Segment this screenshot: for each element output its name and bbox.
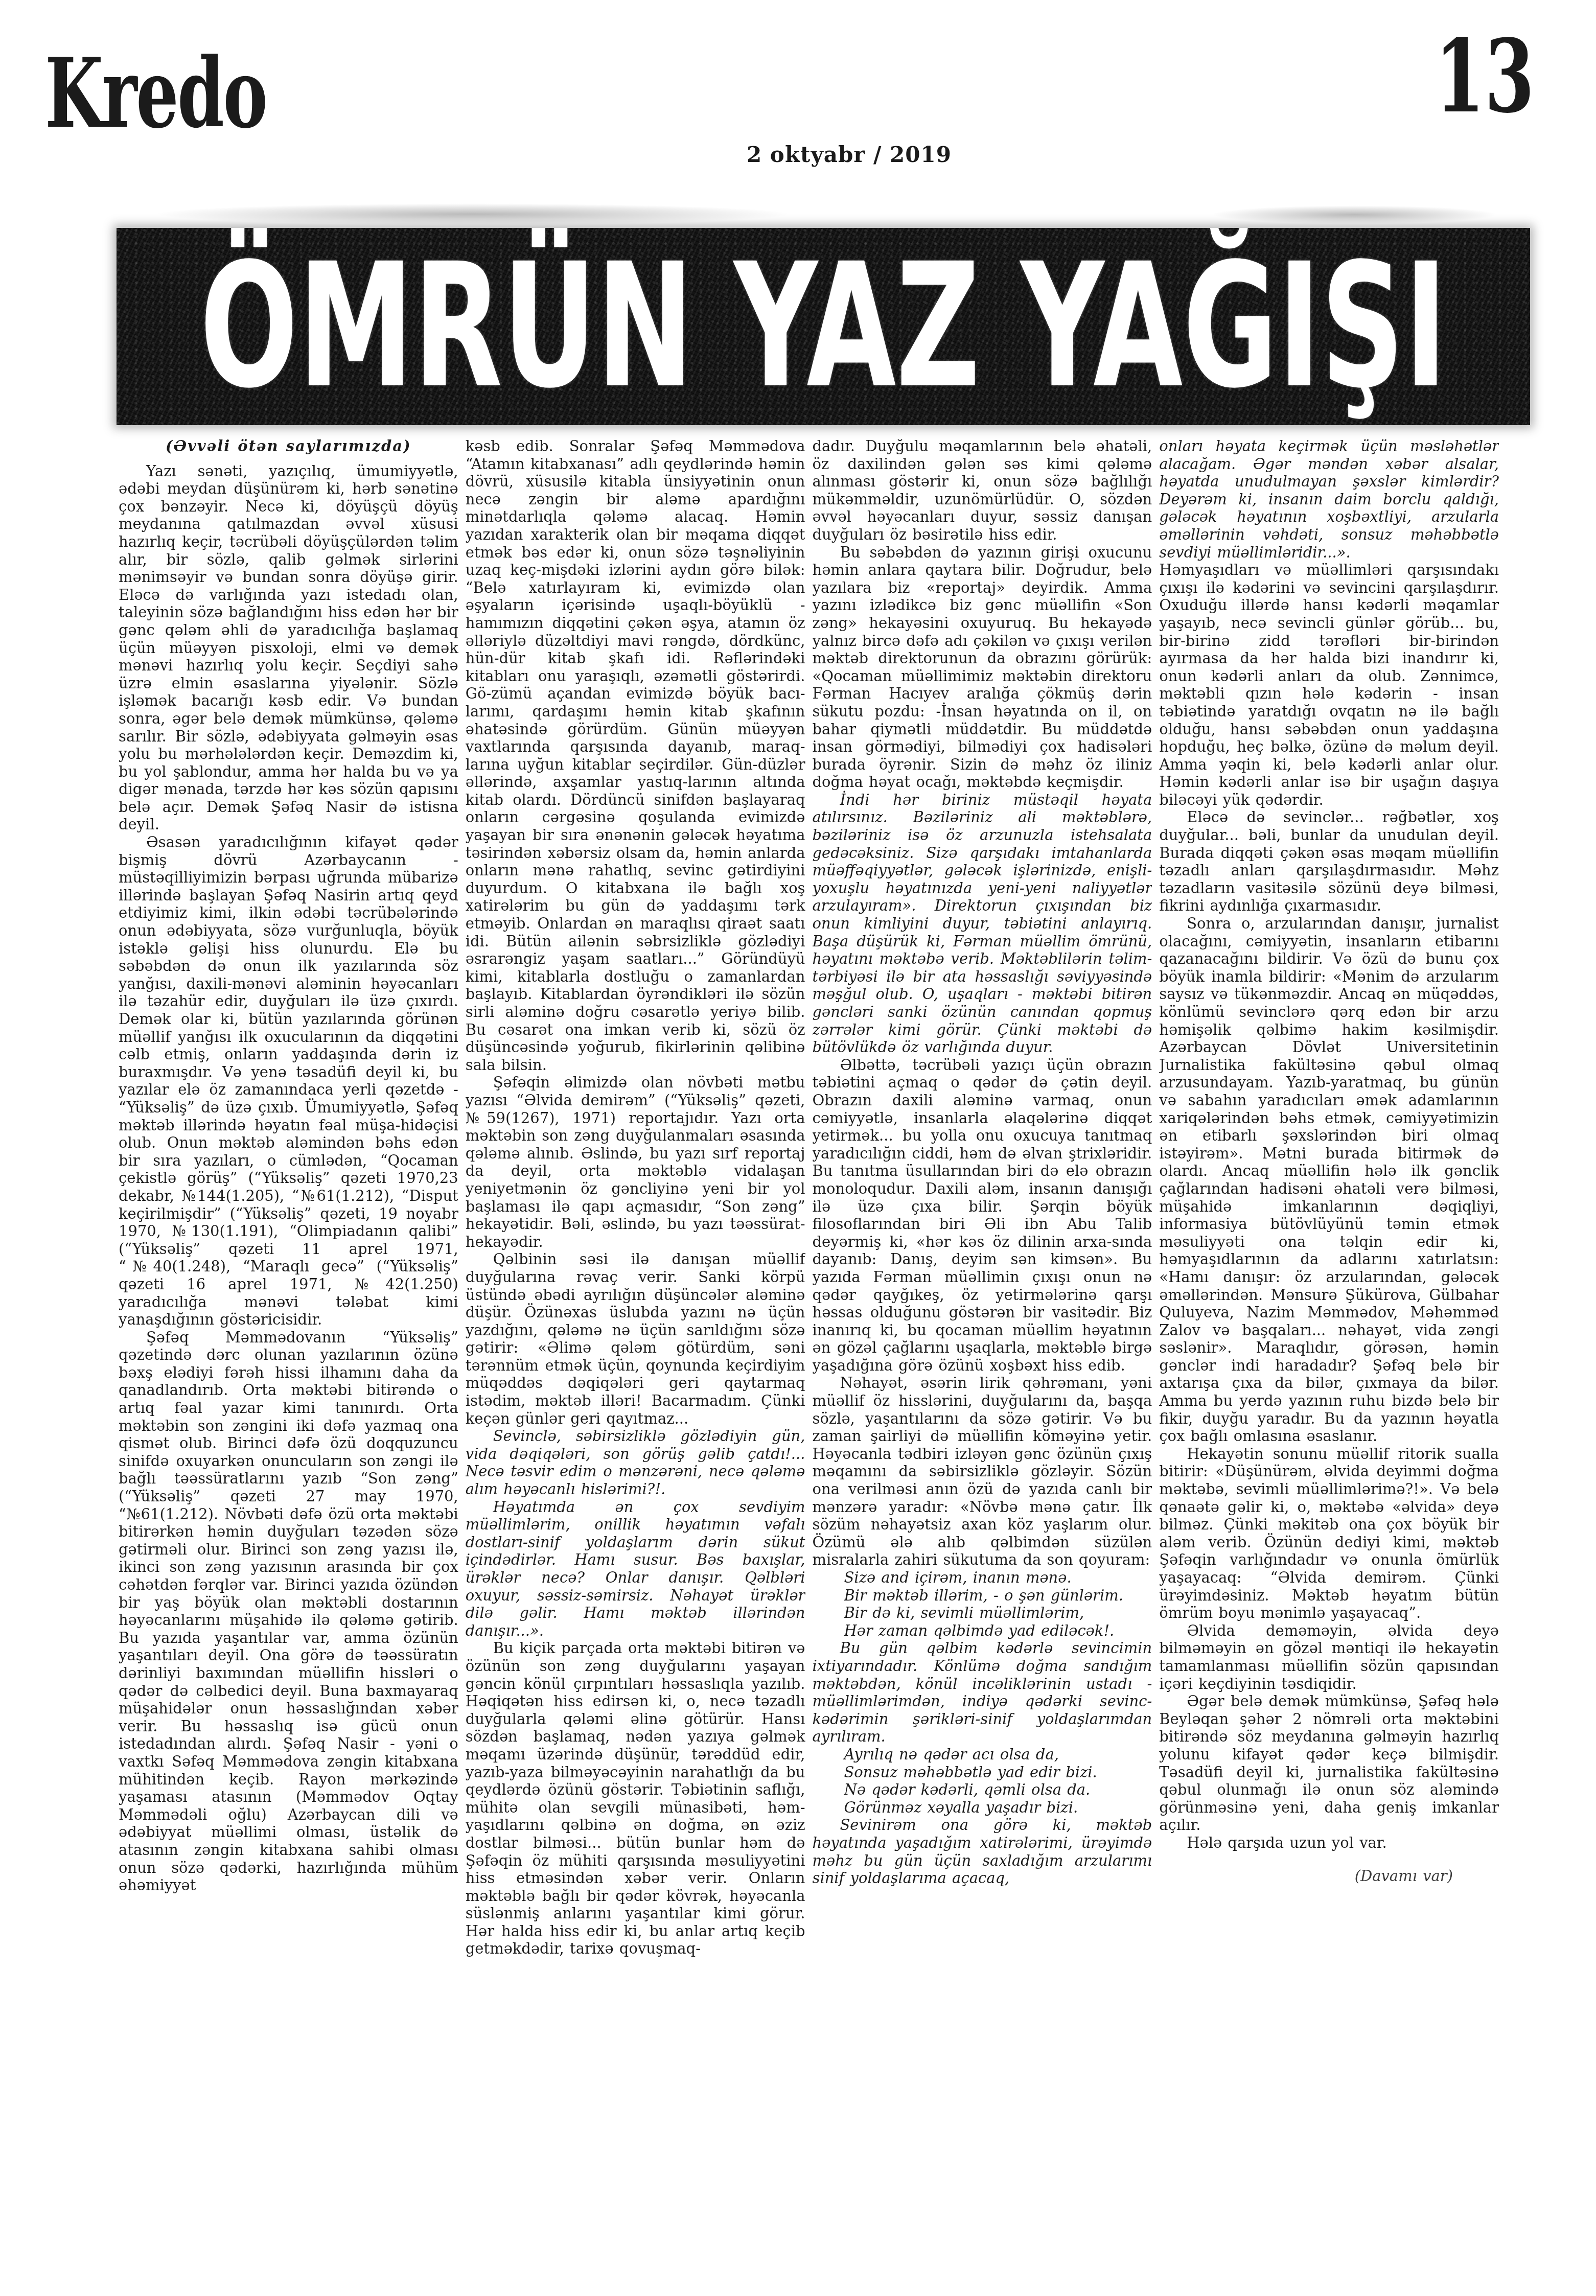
continuation-note: (Əvvəli ötən saylarımızda) <box>119 437 458 455</box>
paragraph: Hələ qarşıda uzun yol var. <box>1159 1834 1499 1852</box>
paragraph: Qəlbinin səsi ilə danışan müəllif duyğul… <box>466 1250 805 1427</box>
paragraph: Bu səbəbdən də yazının girişi oxucunu hə… <box>813 544 1152 791</box>
paragraph: Eləcə də sevinclər... rəğbətlər, xoş duy… <box>1159 808 1499 915</box>
article-column-2: kəsb edib. Sonralar Şəfəq Məmmədova “Ata… <box>466 437 805 2278</box>
ending-note: (Davamı var) <box>1159 1867 1499 1885</box>
headline-text: ÖMRÜN YAZ YAĞIŞI <box>199 241 1447 412</box>
verse: Sizə and içirəm, inanın mənə. Bir məktəb… <box>813 1569 1152 1639</box>
paragraph: Hekayətin sonunu müəllif ritorik sualla … <box>1159 1445 1499 1622</box>
article-column-4: onları həyata keçirmək üçün məsləhətlər … <box>1159 437 1499 2278</box>
quote-paragraph: Sevinclə, səbirsizliklə gözlədiyin gün, … <box>466 1427 805 1498</box>
scan-artifact <box>153 203 792 225</box>
paragraph: Nəhayət, əsərin lirik qəhrəmanı, yəni mü… <box>813 1374 1152 1569</box>
paragraph: Şəfəqin əlimizdə olan növbəti mətbu yazı… <box>466 1074 805 1250</box>
article-column-3: dadır. Duyğulu məqamlarının belə əhatəli… <box>813 437 1152 2278</box>
paragraph: Sonra o, arzularından danışır, jurnalist… <box>1159 915 1499 1445</box>
newspaper-page: Kredo 13 2 oktyabr / 2019 ÖMRÜN YAZ YAĞI… <box>0 0 1596 2296</box>
article-column-1: (Əvvəli ötən saylarımızda) Yazı sənəti, … <box>119 437 458 2278</box>
quote-paragraph: Sevinirəm ona görə ki, məktəb həyatında … <box>813 1816 1152 1887</box>
quote-paragraph: Bu gün qəlbim kədərlə sevincimin ixtiyar… <box>813 1639 1152 1746</box>
paragraph: Əlvida deməməyin, əlvida deyə bilməməyin… <box>1159 1622 1499 1692</box>
article-body: (Əvvəli ötən saylarımızda) Yazı sənəti, … <box>119 437 1499 2278</box>
paragraph: Əgər belə demək mümkünsə, Şəfəq hələ Bey… <box>1159 1692 1499 1834</box>
paragraph: Şəfəq Məmmədovanın “Yüksəliş” qəzetində … <box>119 1329 458 1894</box>
paragraph: Yazı sənəti, yazıçılıq, ümumiyyətlə, ədə… <box>119 462 458 833</box>
verse: Ayrılıq nə qədər acı olsa da, Sonsuz məh… <box>813 1746 1152 1816</box>
issue-date: 2 oktyabr / 2019 <box>0 142 1596 167</box>
page-number: 13 <box>1435 27 1535 127</box>
paragraph: Əlbəttə, təcrübəli yazıçı üçün obrazın t… <box>813 1056 1152 1375</box>
continued-paragraph: dadır. Duyğulu məqamlarının belə əhatəli… <box>813 437 1152 544</box>
masthead: Kredo <box>45 45 267 141</box>
quote-paragraph: İndi hər biriniz müstəqil həyata atılırs… <box>813 791 1152 1056</box>
paragraph: Bu kiçik parçada orta məktəbi bitirən və… <box>466 1639 805 1958</box>
continued-quote-paragraph: onları həyata keçirmək üçün məsləhətlər … <box>1159 437 1499 561</box>
paragraph: Əsasən yaradıcılığının kifayət qədər biş… <box>119 833 458 1329</box>
scan-artifact <box>1211 205 1497 224</box>
paragraph: Həmyaşıdları və müəllimləri qarşısındakı… <box>1159 561 1499 808</box>
headline-banner: ÖMRÜN YAZ YAĞIŞI <box>117 228 1530 425</box>
continued-paragraph: kəsb edib. Sonralar Şəfəq Məmmədova “Ata… <box>466 437 805 1074</box>
quote-paragraph: Həyatımda ən çox sevdiyim müəllimlərim, … <box>466 1498 805 1640</box>
